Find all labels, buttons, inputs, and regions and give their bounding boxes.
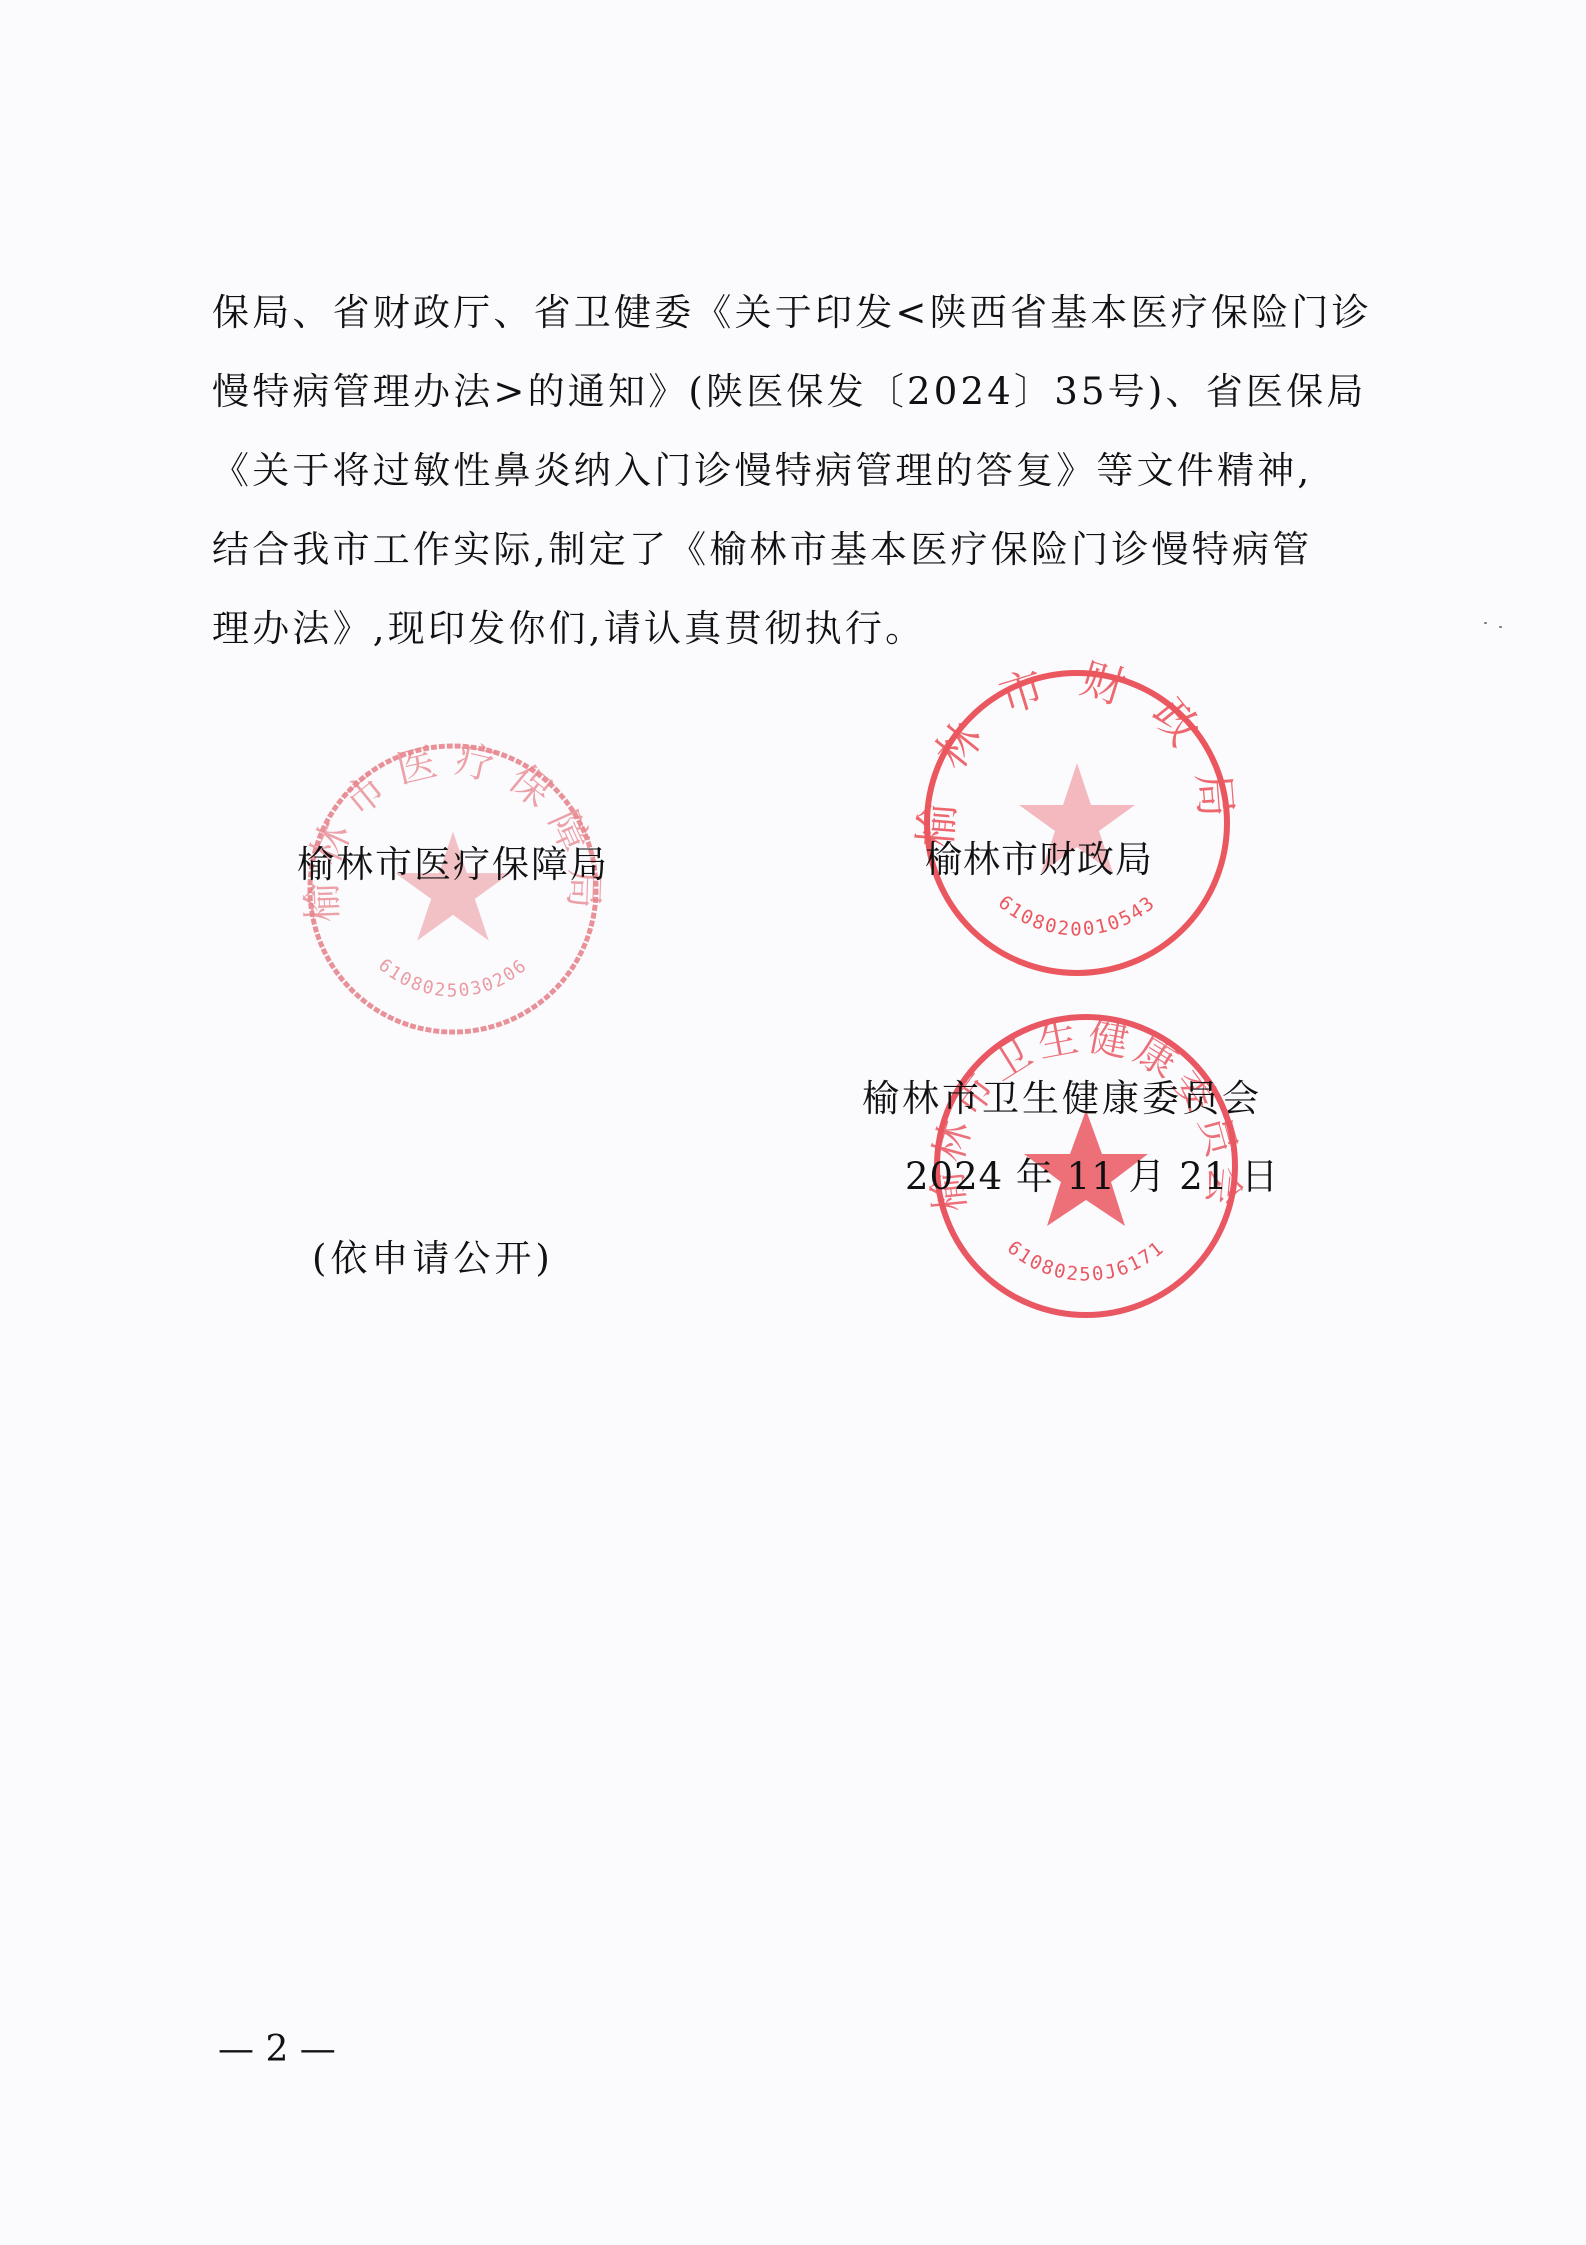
signature-health-commission: 榆林市卫生健康委员会 [862, 1077, 1262, 1121]
disclosure-note: (依申请公开) [312, 1237, 554, 1281]
svg-text:6108025030206: 6108025030206 [374, 955, 532, 1002]
body-line-4: 结合我市工作实际,制定了《榆林市基本医疗保险门诊慢特病管 [212, 525, 1242, 604]
body-line-3: 《关于将过敏性鼻炎纳入门诊慢特病管理的答复》等文件精神, [212, 446, 1242, 525]
signature-finance-bureau: 榆林市财政局 [925, 838, 1153, 882]
document-page: 保局、省财政厅、省卫健委《关于印发<陕西省基本医疗保险门诊 慢特病管理办法>的通… [0, 0, 1586, 2245]
svg-text:6108020010543: 6108020010543 [994, 891, 1160, 940]
svg-text:61080250J6171: 61080250J6171 [1003, 1237, 1169, 1286]
signature-medical-security-bureau: 榆林市医疗保障局 [297, 843, 609, 887]
scan-speck [1484, 622, 1487, 624]
body-paragraph: 保局、省财政厅、省卫健委《关于印发<陕西省基本医疗保险门诊 慢特病管理办法>的通… [212, 288, 1242, 683]
medical-security-bureau-seal: 榆林市医疗保障局 6108025030206 [303, 740, 603, 1038]
finance-bureau-seal: 榆林市财政局 6108020010543 [922, 668, 1232, 978]
issue-date: 2024 年 11 月 21 日 [905, 1155, 1279, 1199]
body-line-2: 慢特病管理办法>的通知》(陕医保发〔2024〕35号)、省医保局 [212, 367, 1242, 446]
seal-icon: 榆林市财政局 6108020010543 [922, 668, 1232, 978]
scan-speck [1499, 626, 1502, 628]
seal-icon: 榆林市医疗保障局 6108025030206 [303, 740, 603, 1038]
body-line-1: 保局、省财政厅、省卫健委《关于印发<陕西省基本医疗保险门诊 [212, 288, 1242, 367]
page-number: — 2 — [218, 2028, 336, 2072]
